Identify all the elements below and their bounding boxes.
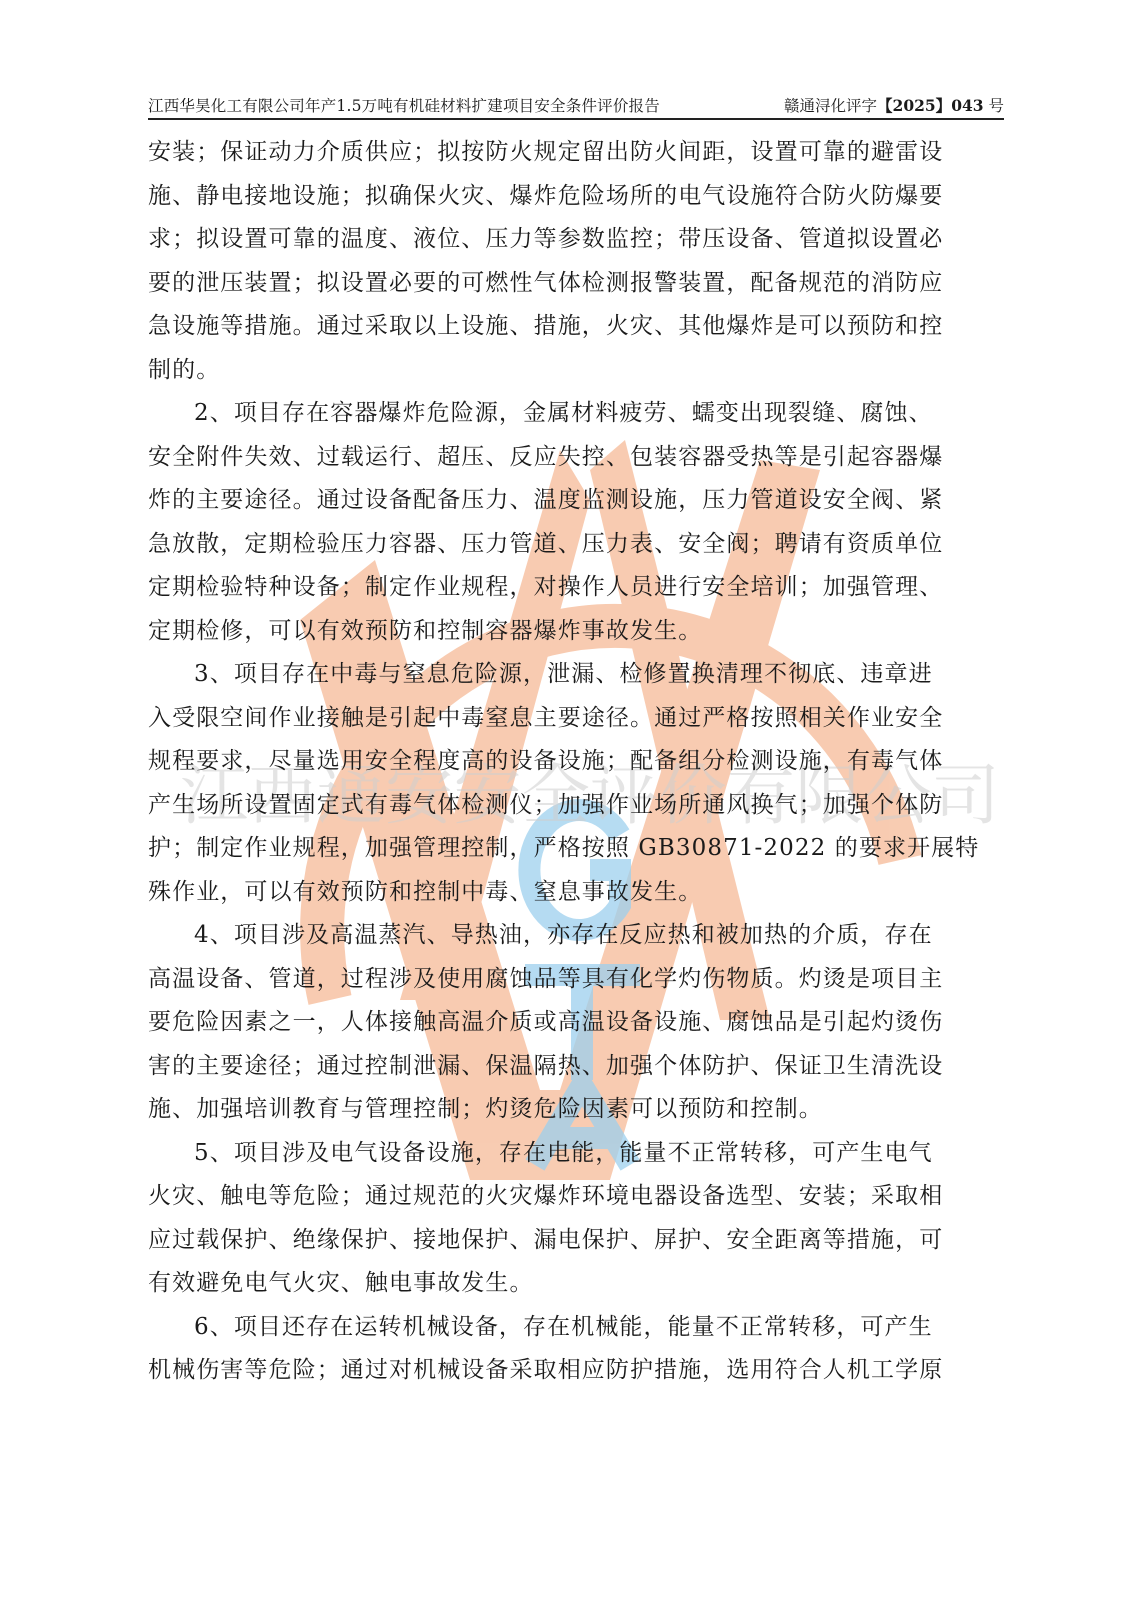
- text-line: 定期检验特种设备；制定作业规程，对操作人员进行安全培训；加强管理、: [148, 565, 943, 609]
- text-line: 安全附件失效、过载运行、超压、反应失控、包装容器受热等是引起容器爆: [148, 435, 943, 479]
- text-line: 产生场所设置固定式有毒气体检测仪；加强作业场所通风换气；加强个体防: [148, 783, 943, 827]
- text-line: 规程要求，尽量选用安全程度高的设备设施；配备组分检测设施，有毒气体: [148, 739, 943, 783]
- text-line: 施、静电接地设施；拟确保火灾、爆炸危险场所的电气设施符合防火防爆要: [148, 174, 943, 218]
- text-line: 入受限空间作业接触是引起中毒窒息主要途径。通过严格按照相关作业安全: [148, 696, 943, 740]
- doc-number-prefix: 赣通浔化评字: [784, 97, 877, 115]
- text-line: 求；拟设置可靠的温度、液位、压力等参数监控；带压设备、管道拟设置必: [148, 217, 943, 261]
- text-line: 护；制定作业规程，加强管理控制，严格按照 GB30871-2022 的要求开展特: [148, 826, 979, 870]
- text-line: 急设施等措施。通过采取以上设施、措施，火灾、其他爆炸是可以预防和控: [148, 304, 943, 348]
- text-line: 定期检修，可以有效预防和控制容器爆炸事故发生。: [148, 609, 702, 653]
- report-title: 江西华昊化工有限公司年产1.5万吨有机硅材料扩建项目安全条件评价报告: [148, 94, 660, 116]
- text-line: 火灾、触电等危险；通过规范的火灾爆炸环境电器设备选型、安装；采取相: [148, 1174, 943, 1218]
- text-line: 施、加强培训教育与管理控制；灼烫危险因素可以预防和控制。: [148, 1087, 823, 1131]
- text-line: 高温设备、管道，过程涉及使用腐蚀品等具有化学灼伤物质。灼烫是项目主: [148, 957, 943, 1001]
- text-line: 安装；保证动力介质供应；拟按防火规定留出防火间距，设置可靠的避雷设: [148, 130, 943, 174]
- text-line: 制的。: [148, 348, 220, 392]
- paragraph-4-start: 4、项目涉及高温蒸汽、导热油，亦存在反应热和被加热的介质，存在: [194, 913, 933, 957]
- text-line: 殊作业，可以有效预防和控制中毒、窒息事故发生。: [148, 870, 702, 914]
- text-line: 机械伤害等危险；通过对机械设备采取相应防护措施，选用符合人机工学原: [148, 1348, 943, 1392]
- text-line: 要的泄压装置；拟设置必要的可燃性气体检测报警装置，配备规范的消防应: [148, 261, 943, 305]
- text-line: 急放散，定期检验压力容器、压力管道、压力表、安全阀；聘请有资质单位: [148, 522, 943, 566]
- doc-number-seq: 043: [951, 96, 983, 115]
- text-line: 害的主要途径；通过控制泄漏、保温隔热、加强个体防护、保证卫生清洗设: [148, 1044, 943, 1088]
- doc-number-year: 【2025】: [877, 96, 951, 115]
- paragraph-3-start: 3、项目存在中毒与窒息危险源，泄漏、检修置换清理不彻底、违章进: [194, 652, 933, 696]
- doc-number-suffix: 号: [988, 97, 1004, 115]
- paragraph-2-start: 2、项目存在容器爆炸危险源，金属材料疲劳、蠕变出现裂缝、腐蚀、: [194, 391, 933, 435]
- text-line: 有效避免电气火灾、触电事故发生。: [148, 1261, 534, 1305]
- text-line: 应过载保护、绝缘保护、接地保护、漏电保护、屏护、安全距离等措施，可: [148, 1218, 943, 1262]
- paragraph-6-start: 6、项目还存在运转机械设备，存在机械能，能量不正常转移，可产生: [194, 1305, 933, 1349]
- text-line: 要危险因素之一，人体接触高温介质或高温设备设施、腐蚀品是引起灼烫伤: [148, 1000, 943, 1044]
- document-number: 赣通浔化评字【2025】043 号: [784, 94, 1004, 116]
- text-line: 炸的主要途径。通过设备配备压力、温度监测设施，压力管道设安全阀、紧: [148, 478, 943, 522]
- paragraph-5-start: 5、项目涉及电气设备设施，存在电能，能量不正常转移，可产生电气: [194, 1131, 933, 1175]
- page-header: 江西华昊化工有限公司年产1.5万吨有机硅材料扩建项目安全条件评价报告 赣通浔化评…: [148, 92, 1004, 120]
